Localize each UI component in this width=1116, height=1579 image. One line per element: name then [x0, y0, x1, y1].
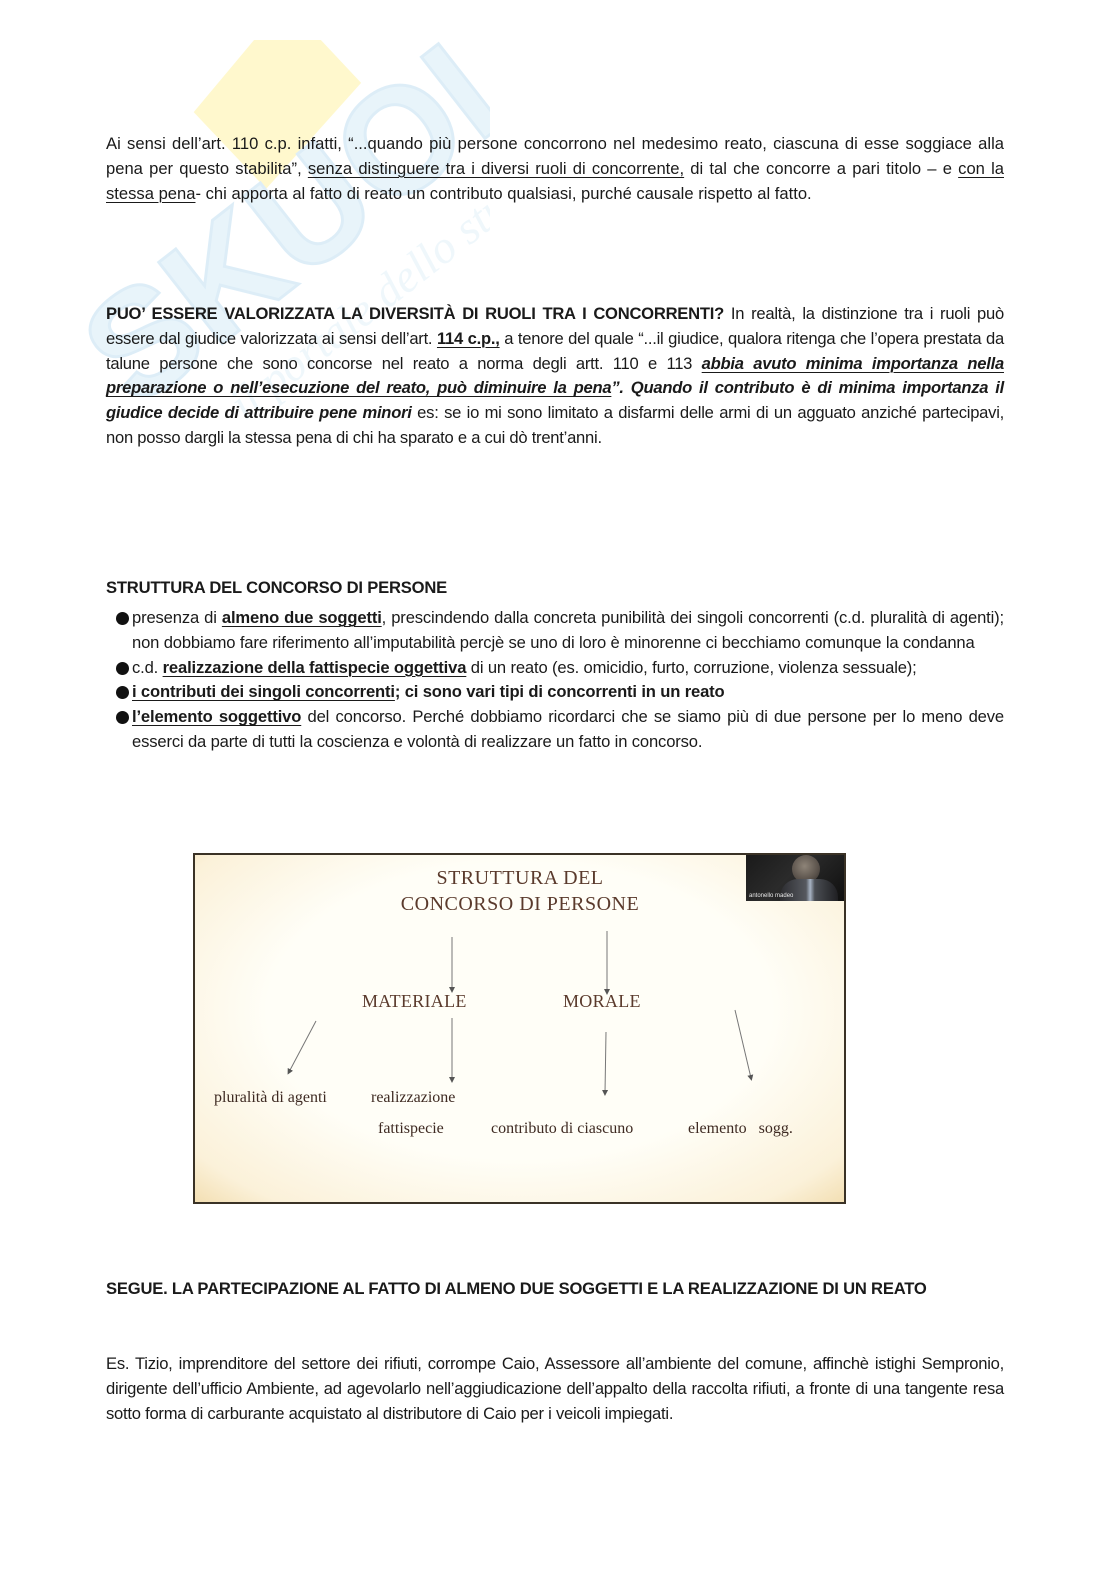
list-item: l’elemento soggettivo del concorso. Perc… [106, 705, 1004, 755]
leaf-realization: realizzazione [371, 1089, 455, 1107]
bullet-icon [116, 711, 129, 724]
bullet-icon [116, 662, 129, 675]
node-material: MATERIALE [362, 991, 467, 1012]
node-moral: MORALE [563, 991, 641, 1012]
underlined-phrase-roles: senza distinguere tra i diversi ruoli di… [308, 159, 684, 178]
leaf-plurality: pluralità di agenti [214, 1089, 327, 1107]
lecture-slide-image: STRUTTURA DEL CONCORSO DI PERSONE MATERI… [193, 853, 846, 1204]
section-heading-structure: STRUTTURA DEL CONCORSO DI PERSONE [106, 576, 1004, 601]
webcam-name-label: antonello madeo [749, 893, 793, 899]
list-item: c.d. realizzazione della fattispecie ogg… [106, 656, 1004, 681]
section-heading-participation: SEGUE. LA PARTECIPAZIONE AL FATTO DI ALM… [106, 1277, 1004, 1302]
paragraph-example: Es. Tizio, imprenditore del settore dei … [106, 1352, 1004, 1426]
article-reference: 114 c.p., [437, 329, 500, 348]
leaf-fattispecie: fattispecie [378, 1120, 444, 1138]
paragraph-art-110: Ai sensi dell’art. 110 c.p. infatti, “..… [106, 132, 1004, 206]
bullet-icon [116, 612, 129, 625]
question-heading: PUO’ ESSERE VALORIZZATA LA DIVERSITÀ DI … [106, 304, 724, 323]
list-item: i contributi dei singoli concorrenti; ci… [106, 680, 1004, 705]
leaf-subjective-element: elemento sogg. [688, 1120, 793, 1138]
bullet-icon [116, 686, 129, 699]
leaf-contribution: contributo di ciascuno [491, 1120, 633, 1138]
paragraph-art-114: PUO’ ESSERE VALORIZZATA LA DIVERSITÀ DI … [106, 302, 1004, 451]
list-item: presenza di almeno due soggetti, prescin… [106, 606, 1004, 656]
webcam-thumbnail: antonello madeo [746, 855, 844, 901]
structure-bullet-list: presenza di almeno due soggetti, prescin… [106, 606, 1004, 755]
